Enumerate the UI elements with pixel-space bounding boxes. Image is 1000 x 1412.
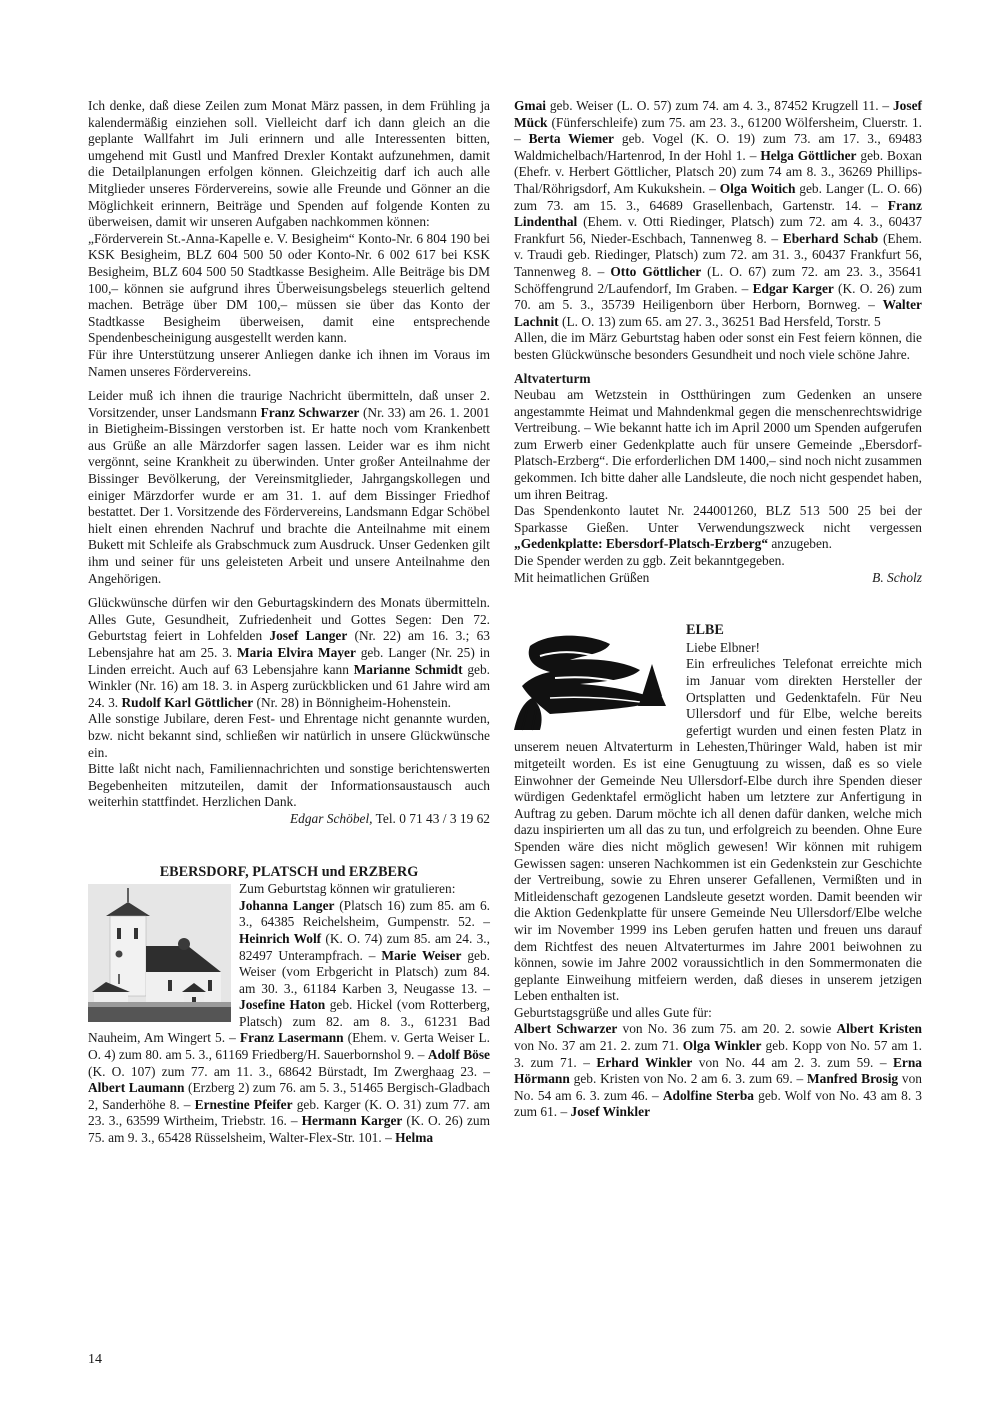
- right-column: Gmai geb. Weiser (L. O. 57) zum 74. am 4…: [514, 98, 922, 1121]
- person-name: Franz Lasermann: [240, 1030, 344, 1045]
- entry-text: geb. Weiser (L. O. 57) zum 74. am 4. 3.,…: [546, 98, 893, 113]
- elbe-section: ELBE Liebe Elbner! Ein erfreuliches Tele…: [514, 622, 922, 1121]
- person-name: Adolfine Sterba: [663, 1088, 754, 1103]
- altvaterturm-paragraph: Neubau am Wetzstein in Ostthüringen zum …: [514, 387, 922, 503]
- obituary-text: (Nr. 33) am 26. 1. 2001 in Bietigheim-Bi…: [88, 405, 490, 586]
- obituary-paragraph: Leider muß ich ihnen die traurige Nachri…: [88, 388, 490, 587]
- birthday-paragraph: Glückwünsche dürfen wir den Geburtagskin…: [88, 595, 490, 711]
- person-name-second-part: Gmai: [514, 98, 546, 113]
- birthday-list-part2: Gmai geb. Weiser (L. O. 57) zum 74. am 4…: [514, 98, 922, 330]
- left-column: Ich denke, daß diese Zeilen zum Monat Mä…: [88, 98, 490, 1147]
- person-name: Olga Woitich: [720, 181, 796, 196]
- page-number: 14: [88, 1352, 102, 1368]
- person-name: Johanna Langer: [239, 898, 335, 913]
- request-paragraph: Bitte laßt nicht nach, Familiennachricht…: [88, 761, 490, 811]
- section-title: EBERSDORF, PLATSCH und ERZBERG: [88, 864, 490, 881]
- closing-signature-row: Mit heimatlichen Grüßen B. Scholz: [514, 570, 922, 587]
- donation-purpose: „Gedenkplatte: Ebersdorf-Platsch-Erzberg…: [514, 536, 768, 551]
- greetings-intro: Geburtstagsgrüße und alles Gute für:: [514, 1005, 922, 1022]
- person-name: Albert Kristen: [837, 1021, 923, 1036]
- donation-account-paragraph: Das Spendenkonto lautet Nr. 244001260, B…: [514, 503, 922, 553]
- person-name: Adolf Böse: [428, 1047, 490, 1062]
- landscape-illustration: [510, 626, 680, 734]
- person-name: Hermann Karger: [302, 1113, 403, 1128]
- entry-text: von No. 36 zum 75. am 20. 2. sowie: [617, 1021, 836, 1036]
- birthday-text: (Nr. 28) in Bönnigheim-Hohenstein.: [253, 695, 451, 710]
- person-name: Marie Weiser: [381, 948, 461, 963]
- person-name: Josefine Haton: [239, 997, 325, 1012]
- accounts-paragraph: „Förderverein St.-Anna-Kapelle e. V. Bes…: [88, 231, 490, 347]
- church-image-icon: [88, 884, 231, 1022]
- person-name: Albert Schwarzer: [514, 1021, 617, 1036]
- person-name: Ernestine Pfeifer: [195, 1097, 293, 1112]
- signature-name: Edgar Schöbel,: [290, 811, 373, 826]
- person-name: Rudolf Karl Göttlicher: [121, 695, 253, 710]
- signature: B. Scholz: [872, 570, 922, 587]
- altvaterturm-heading: Altvaterturm: [514, 371, 922, 388]
- person-name: Erhard Winkler: [596, 1055, 692, 1070]
- person-name: Heinrich Wolf: [239, 931, 321, 946]
- intro-paragraph: Ich denke, daß diese Zeilen zum Monat Mä…: [88, 98, 490, 231]
- person-name: Edgar Karger: [753, 281, 834, 296]
- person-name: Manfred Brosig: [807, 1071, 898, 1086]
- person-name: Josef Winkler: [571, 1104, 650, 1119]
- thanks-paragraph: Für ihre Unterstützung unserer Anliegen …: [88, 347, 490, 380]
- person-name: Olga Winkler: [683, 1038, 762, 1053]
- landscape-image-icon: [510, 626, 680, 734]
- donation-text: anzugeben.: [768, 536, 832, 551]
- signature-phone: Tel. 0 71 43 / 3 19 62: [373, 811, 490, 826]
- person-name: Berta Wiemer: [529, 131, 614, 146]
- person-name: Otto Göttlicher: [610, 264, 701, 279]
- entry-text: (L. O. 13) zum 65. am 27. 3., 36251 Bad …: [559, 314, 881, 329]
- closing-paragraph: Allen, die im März Geburtstag haben oder…: [514, 330, 922, 363]
- signature-line: Edgar Schöbel, Tel. 0 71 43 / 3 19 62: [88, 811, 490, 828]
- donation-text: Das Spendenkonto lautet Nr. 244001260, B…: [514, 503, 922, 535]
- person-name: Helga Göttlicher: [760, 148, 856, 163]
- person-name: Eberhard Schab: [783, 231, 878, 246]
- elbe-birthday-list: Albert Schwarzer von No. 36 zum 75. am 2…: [514, 1021, 922, 1121]
- deceased-name: Franz Schwarzer: [261, 405, 360, 420]
- donors-note: Die Spender werden zu ggb. Zeit bekanntg…: [514, 553, 922, 570]
- person-name: Albert Laumann: [88, 1080, 185, 1095]
- jubilare-paragraph: Alle sonstige Jubilare, deren Fest- und …: [88, 711, 490, 761]
- entry-text: geb. Kristen von No. 2 am 6. 3. zum 69. …: [570, 1071, 807, 1086]
- person-name: Maria Elvira Mayer: [237, 645, 356, 660]
- entry-text: von No. 44 am 2. 3. zum 59. –: [692, 1055, 893, 1070]
- ebersdorf-section: EBERSDORF, PLATSCH und ERZBERG: [88, 864, 490, 1147]
- person-name-first-part: Helma: [395, 1130, 433, 1145]
- entry-text: von No. 37 am 21. 2. zum 71.: [514, 1038, 683, 1053]
- entry-text: (K. O. 107) zum 77. am 11. 3., 68642 Bür…: [88, 1064, 490, 1079]
- person-name: Marianne Schmidt: [354, 662, 463, 677]
- person-name: Josef Langer: [269, 628, 347, 643]
- church-photo: [88, 884, 231, 1022]
- greeting: Mit heimatlichen Grüßen: [514, 570, 649, 587]
